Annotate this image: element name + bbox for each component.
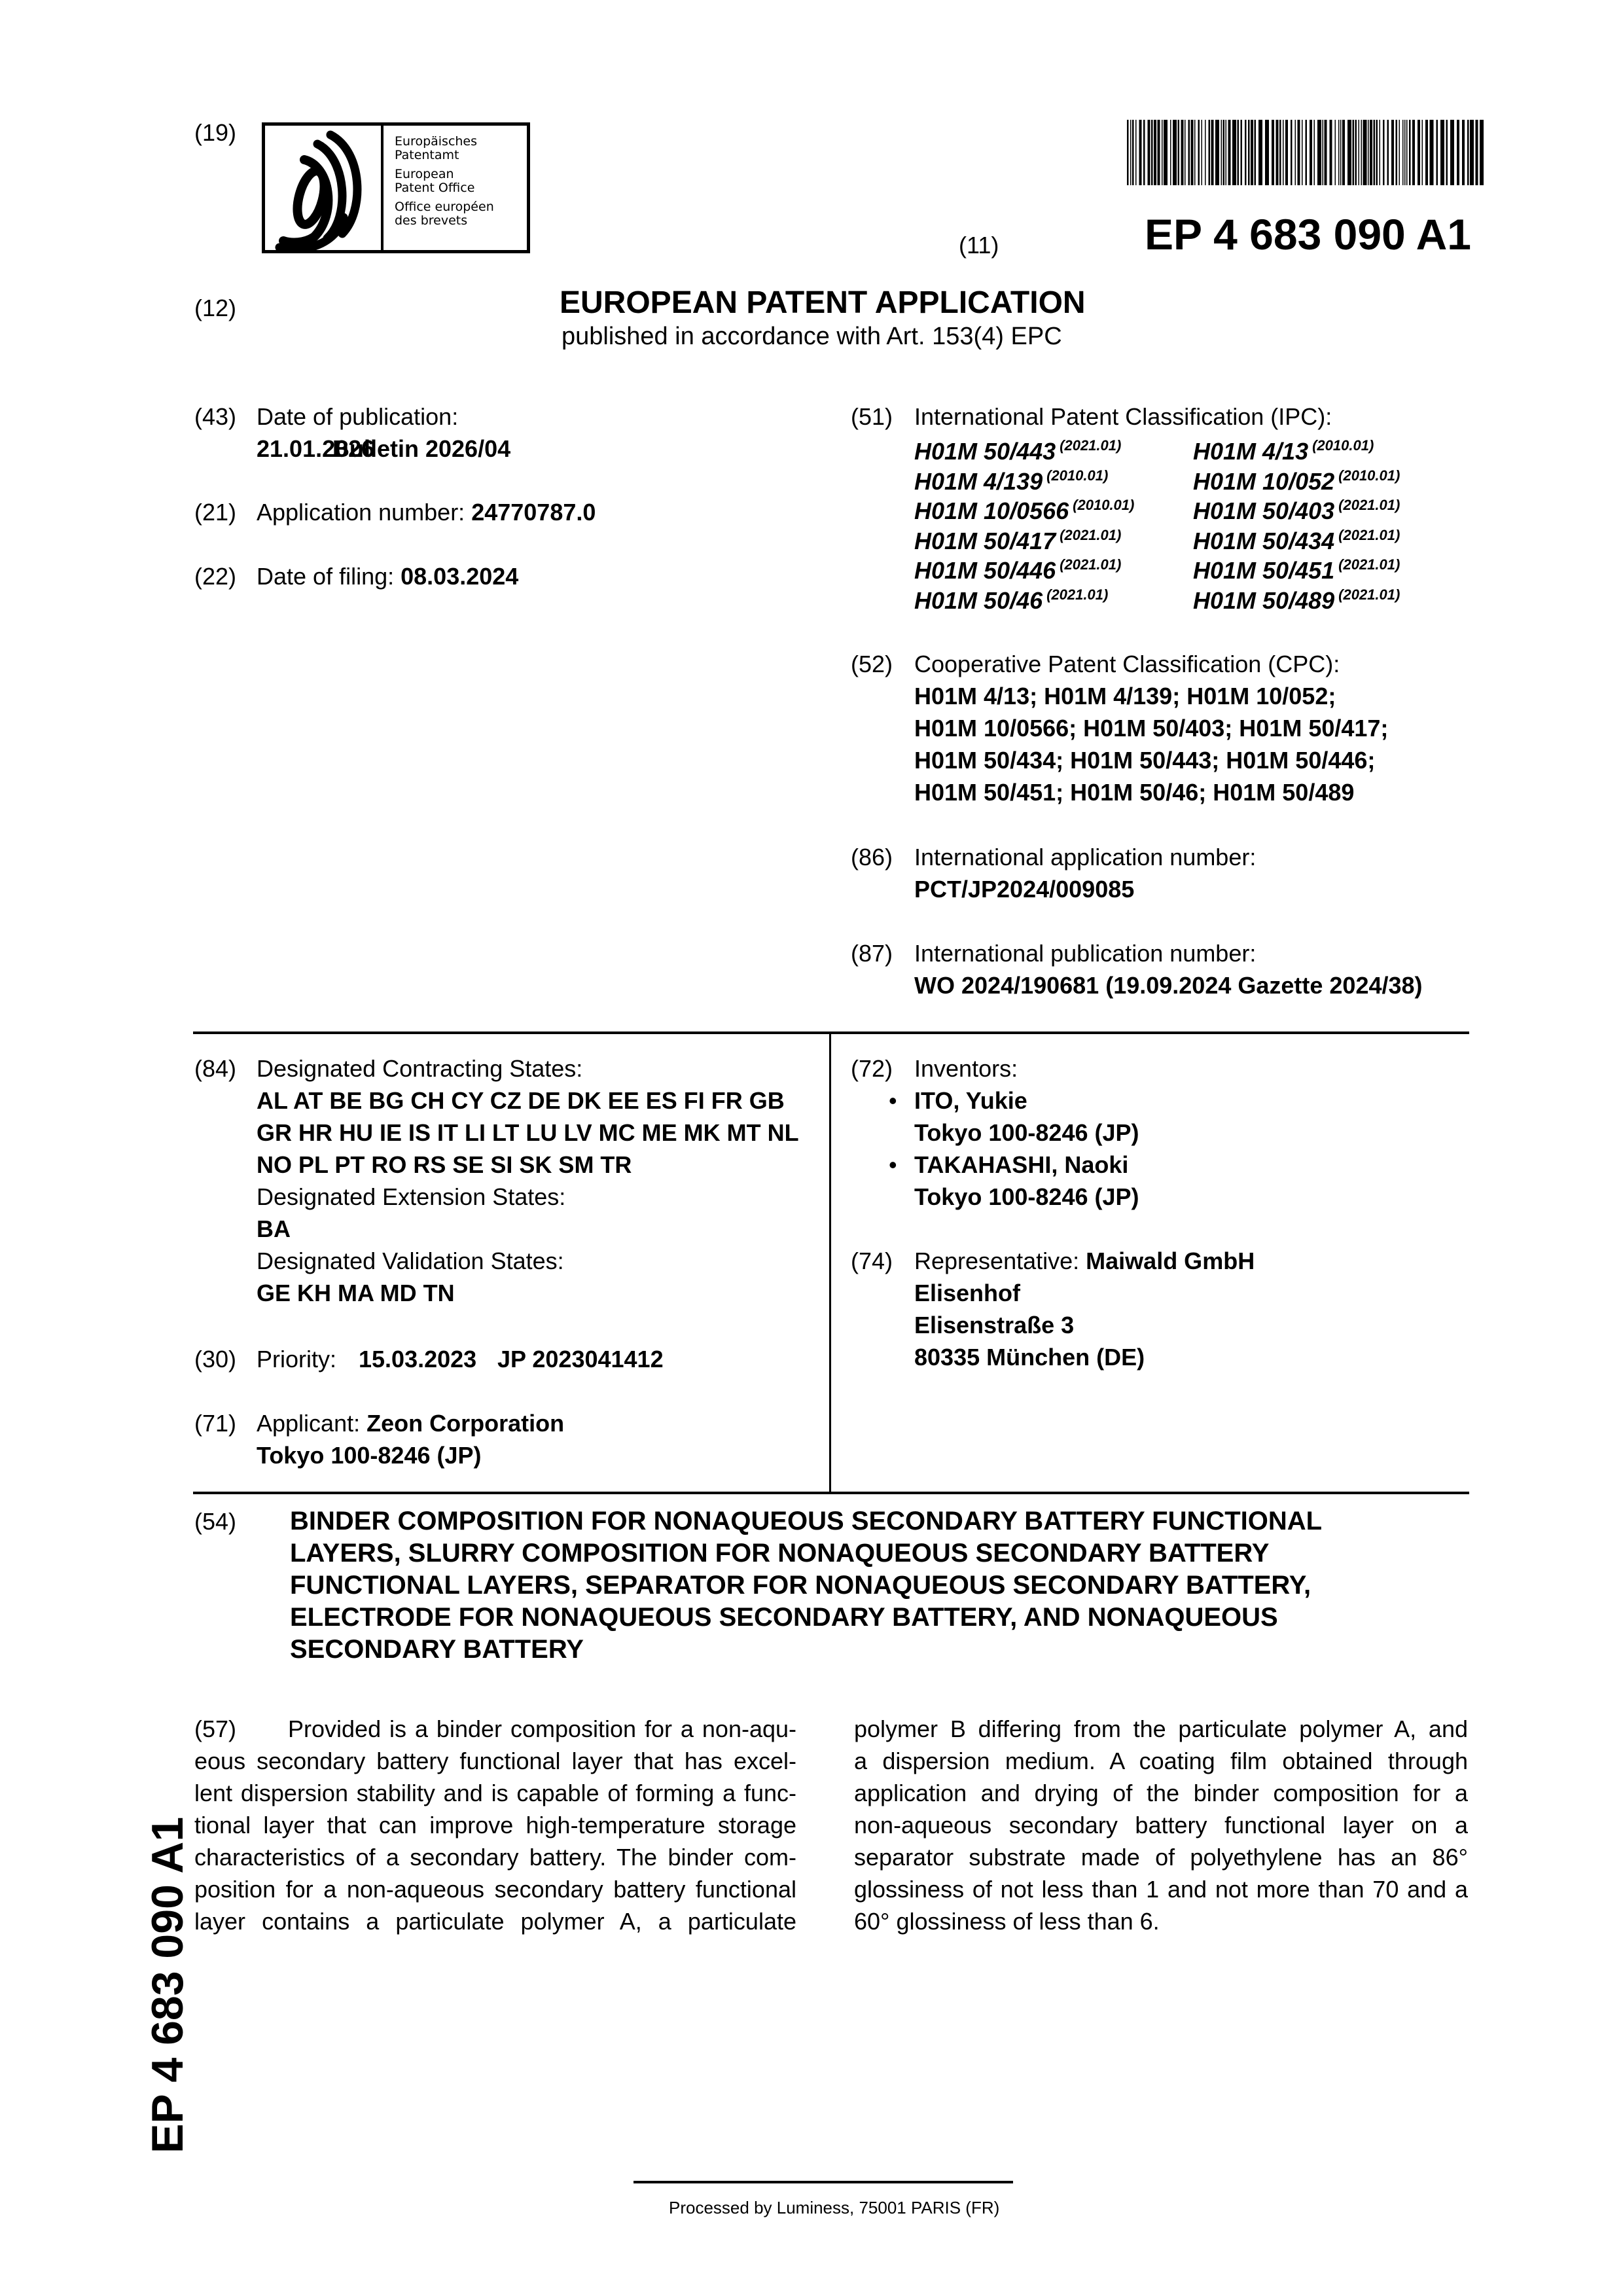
logo-line: Office européen	[395, 200, 494, 214]
abstract-line: tional layer that can improve high-tempe…	[194, 1809, 796, 1841]
column-divider	[829, 1031, 831, 1494]
filing-date-label: Date of filing:	[257, 563, 394, 590]
inventor-address: Tokyo 100-8246 (JP)	[914, 1181, 1139, 1213]
invention-title: BINDER COMPOSITION FOR NONAQUEOUS SECOND…	[290, 1505, 1468, 1666]
bullet-icon: •	[889, 1085, 897, 1117]
section-divider	[193, 1031, 1469, 1034]
abstract-line: glossiness of not less than 1 and not mo…	[854, 1873, 1468, 1905]
abstract-line: separator substrate made of polyethylene…	[854, 1841, 1468, 1873]
representative-address: Elisenstraße 3	[914, 1309, 1074, 1341]
contracting-states-line: GR HR HU IE IS IT LI LT LU LV MC ME MK M…	[257, 1117, 799, 1149]
inid-12: (12)	[194, 292, 236, 324]
abstract-line: layer contains a particulate polymer A, …	[194, 1905, 796, 1937]
intl-publication-number: WO 2024/190681 (19.09.2024 Gazette 2024/…	[914, 969, 1423, 1001]
footer-divider	[633, 2181, 1013, 2183]
contracting-states-line: NO PL PT RO RS SE SI SK SM TR	[257, 1149, 632, 1181]
applicant-address: Tokyo 100-8246 (JP)	[257, 1439, 482, 1471]
publication-date-label: Date of publication:	[257, 401, 458, 433]
abstract-line: lent dispersion stability and is capable…	[194, 1777, 796, 1809]
abstract-line: polymer B differing from the particulate…	[854, 1713, 1468, 1745]
validation-states: GE KH MA MD TN	[257, 1277, 455, 1309]
application-number-label: Application number:	[257, 499, 465, 526]
inid-54: (54)	[194, 1505, 236, 1537]
ipc-code: H01M 50/46(2021.01)	[914, 580, 1108, 616]
inid-30: (30)	[194, 1343, 236, 1375]
cpc-line: H01M 50/434; H01M 50/443; H01M 50/446;	[914, 744, 1375, 776]
filing-date-field: Date of filing: 08.03.2024	[257, 560, 518, 592]
representative-address: Elisenhof	[914, 1277, 1020, 1309]
inid-11: (11)	[959, 229, 999, 261]
abstract-left-column: Provided is a binder composition for a n…	[194, 1713, 796, 1937]
inid-51: (51)	[851, 401, 893, 433]
bullet-icon: •	[889, 1149, 897, 1181]
document-subtitle: published in accordance with Art. 153(4)…	[562, 321, 1062, 351]
intl-application-label: International application number:	[914, 841, 1256, 873]
inventor-name: TAKAHASHI, Naoki	[914, 1149, 1128, 1181]
inid-71: (71)	[194, 1407, 236, 1439]
title-line: FUNCTIONAL LAYERS, SEPARATOR FOR NONAQUE…	[290, 1570, 1468, 1602]
abstract-line: non-aqueous secondary battery functional…	[854, 1809, 1468, 1841]
title-line: SECONDARY BATTERY	[290, 1634, 1468, 1666]
ipc-code: H01M 50/489(2021.01)	[1193, 580, 1400, 616]
applicant-field: Applicant: Zeon Corporation	[257, 1407, 564, 1439]
abstract-right-column: polymer B differing from the particulate…	[854, 1713, 1468, 1937]
intl-publication-label: International publication number:	[914, 937, 1256, 969]
applicant-name: Zeon Corporation	[366, 1410, 564, 1437]
logo-line: European	[395, 168, 494, 181]
inid-52: (52)	[851, 648, 893, 680]
publication-number: EP 4 683 090 A1	[1145, 208, 1471, 260]
priority-label: Priority:	[257, 1343, 336, 1375]
title-line: LAYERS, SLURRY COMPOSITION FOR NONAQUEOU…	[290, 1537, 1468, 1570]
representative-name: Maiwald GmbH	[1086, 1247, 1255, 1274]
inid-72: (72)	[851, 1052, 893, 1085]
contracting-states-label: Designated Contracting States:	[257, 1052, 582, 1085]
application-number-field: Application number: 24770787.0	[257, 496, 596, 528]
epo-logo: Europäisches Patentamt European Patent O…	[262, 122, 530, 253]
representative-label: Representative:	[914, 1247, 1079, 1274]
filing-date: 08.03.2024	[401, 563, 518, 590]
contracting-states-line: AL AT BE BG CH CY CZ DE DK EE ES FI FR G…	[257, 1085, 785, 1117]
epo-logo-icon	[265, 126, 378, 250]
abstract-line: Provided is a binder composition for a n…	[194, 1713, 796, 1745]
inid-21: (21)	[194, 496, 236, 528]
inid-74: (74)	[851, 1245, 893, 1277]
inid-86: (86)	[851, 841, 893, 873]
title-line: BINDER COMPOSITION FOR NONAQUEOUS SECOND…	[290, 1505, 1468, 1537]
intl-application-number: PCT/JP2024/009085	[914, 873, 1134, 905]
inventor-name: ITO, Yukie	[914, 1085, 1027, 1117]
bulletin: Bulletin 2026/04	[332, 433, 510, 465]
abstract-line: a dispersion medium. A coating film obta…	[854, 1745, 1468, 1777]
abstract-line: eous secondary battery functional layer …	[194, 1745, 796, 1777]
priority-number: JP 2023041412	[497, 1343, 664, 1375]
cpc-line: H01M 10/0566; H01M 50/403; H01M 50/417;	[914, 712, 1388, 744]
logo-line: Patentamt	[395, 149, 494, 162]
inid-22: (22)	[194, 560, 236, 592]
inid-87: (87)	[851, 937, 893, 969]
footer-text: Processed by Luminess, 75001 PARIS (FR)	[669, 2197, 999, 2218]
extension-states: BA	[257, 1213, 291, 1245]
inventors-label: Inventors:	[914, 1052, 1018, 1085]
abstract-line: position for a non-aqueous secondary bat…	[194, 1873, 796, 1905]
ipc-label: International Patent Classification (IPC…	[914, 401, 1332, 433]
abstract-line: characteristics of a secondary battery. …	[194, 1841, 796, 1873]
logo-text: Europäisches Patentamt European Patent O…	[395, 135, 494, 228]
side-publication-number: EP 4 683 090 A1	[143, 1817, 192, 2153]
abstract-line: application and drying of the binder com…	[854, 1777, 1468, 1809]
inventor-address: Tokyo 100-8246 (JP)	[914, 1117, 1139, 1149]
document-type: EUROPEAN PATENT APPLICATION	[560, 285, 1086, 321]
barcode	[1127, 120, 1484, 185]
section-divider	[193, 1492, 1469, 1494]
inid-43: (43)	[194, 401, 236, 433]
validation-states-label: Designated Validation States:	[257, 1245, 564, 1277]
inid-84: (84)	[194, 1052, 236, 1085]
applicant-label: Applicant:	[257, 1410, 360, 1437]
inid-19: (19)	[194, 117, 236, 149]
cpc-label: Cooperative Patent Classification (CPC):	[914, 648, 1340, 680]
representative-field: Representative: Maiwald GmbH	[914, 1245, 1255, 1277]
extension-states-label: Designated Extension States:	[257, 1181, 565, 1213]
application-number: 24770787.0	[471, 499, 596, 526]
logo-line: Europäisches	[395, 135, 494, 149]
abstract-line: 60° glossiness of less than 6.	[854, 1905, 1468, 1937]
priority-date: 15.03.2023	[359, 1343, 476, 1375]
representative-address: 80335 München (DE)	[914, 1341, 1145, 1373]
cpc-line: H01M 50/451; H01M 50/46; H01M 50/489	[914, 776, 1354, 808]
logo-line: Patent Office	[395, 181, 494, 195]
logo-divider	[381, 126, 383, 250]
cpc-line: H01M 4/13; H01M 4/139; H01M 10/052;	[914, 680, 1336, 712]
logo-line: des brevets	[395, 214, 494, 228]
title-line: ELECTRODE FOR NONAQUEOUS SECONDARY BATTE…	[290, 1602, 1468, 1634]
